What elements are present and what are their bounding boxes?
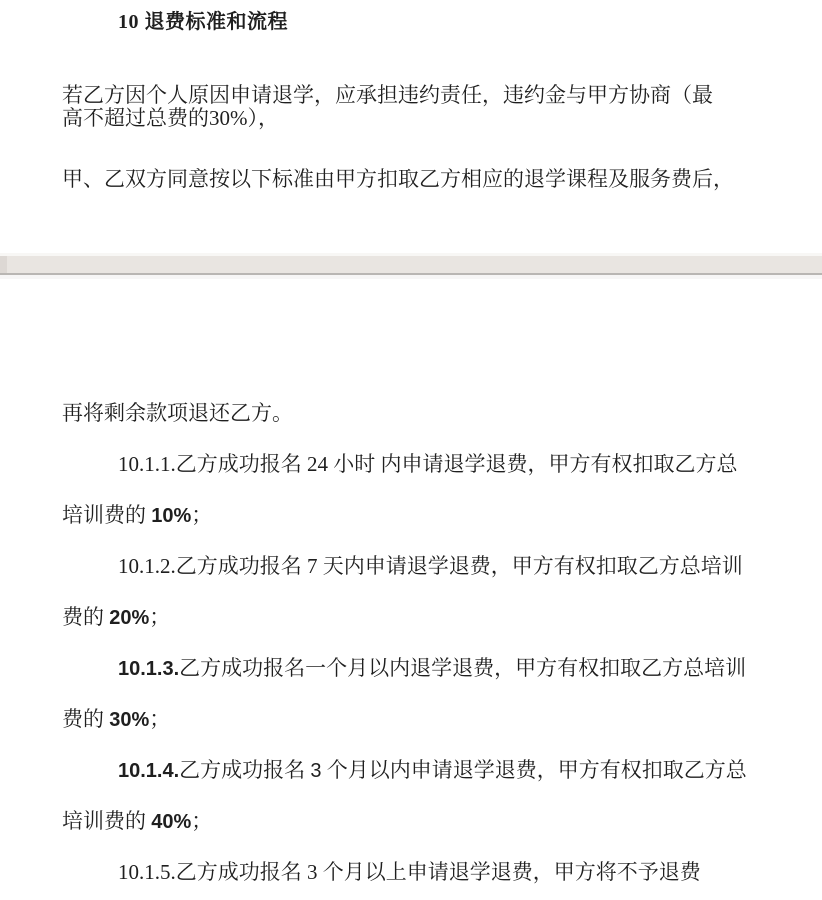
refund-item-line-10.1.2: 10.1.2.乙方成功报名 7 天内申请退学退费，甲方有权扣取乙方总培训	[62, 541, 812, 592]
refund-item-line-10.1.2: 费的 20%；	[62, 592, 812, 643]
text-segment: ；	[149, 707, 170, 731]
percentage-value: 10%	[151, 505, 191, 527]
text-segment: 培训费的	[62, 503, 151, 527]
text-segment: 个月以内申请退学退费，甲方有权扣取乙方总	[322, 758, 747, 782]
refund-item-line-10.1.4: 10.1.4.乙方成功报名 3 个月以内申请退学退费，甲方有权扣取乙方总	[62, 745, 812, 796]
text-segment: 10.1.3.	[118, 658, 179, 680]
document-body: 再将剩余款项退还乙方。 10.1.1.乙方成功报名 24 小时 内申请退学退费，…	[62, 388, 812, 898]
document-page: 10 退费标准和流程 若乙方因个人原因申请退学，应承担违约责任，违约金与甲方协商…	[0, 0, 822, 900]
text-segment: 费的	[62, 605, 109, 629]
refund-item-line-10.1.3: 费的 30%；	[62, 694, 812, 745]
text-segment: ；	[191, 809, 212, 833]
text-segment: 10.1.2.乙方成功报名 7 天内申请退学退费，甲方有权扣取乙方总培训	[118, 554, 743, 578]
paragraph-line: 高不超过总费的30%），	[62, 107, 812, 130]
paragraph-breach-liability: 若乙方因个人原因申请退学，应承担违约责任，违约金与甲方协商（最 高不超过总费的3…	[62, 84, 812, 130]
text-segment: 10.1.1.乙方成功报名 24 小时 内申请退学退费，甲方有权扣取乙方总	[118, 452, 738, 476]
percentage-value: 30%	[109, 709, 149, 731]
refund-item-line-10.1.5: 10.1.5.乙方成功报名 3 个月以上申请退学退费，甲方将不予退费	[62, 847, 812, 898]
text-segment: 10.1.4.	[118, 760, 179, 782]
percentage-value: 40%	[151, 811, 191, 833]
paragraph-refund-remainder: 再将剩余款项退还乙方。	[62, 388, 812, 439]
text-segment: 费的	[62, 707, 109, 731]
percentage-value: 20%	[109, 607, 149, 629]
paragraph-line: 若乙方因个人原因申请退学，应承担违约责任，违约金与甲方协商（最	[62, 84, 812, 107]
section-heading: 10 退费标准和流程	[118, 5, 288, 34]
refund-item-line-10.1.1: 培训费的 10%；	[62, 490, 812, 541]
text-segment: 10.1.5.乙方成功报名 3 个月以上申请退学退费，甲方将不予退费	[118, 860, 701, 884]
text-segment: ；	[149, 605, 170, 629]
refund-item-line-10.1.4: 培训费的 40%；	[62, 796, 812, 847]
text-segment: 3	[310, 760, 321, 782]
text-segment: 乙方成功报名一个月以内退学退费，甲方有权扣取乙方总培训	[179, 656, 746, 680]
refund-item-line-10.1.1: 10.1.1.乙方成功报名 24 小时 内申请退学退费，甲方有权扣取乙方总	[62, 439, 812, 490]
page-break-separator	[0, 253, 822, 275]
paragraph-deduction-agreement: 甲、乙双方同意按以下标准由甲方扣取乙方相应的退学课程及服务费后，	[62, 168, 812, 191]
text-segment: ；	[191, 503, 212, 527]
text-segment: 培训费的	[62, 809, 151, 833]
page-break-left-edge	[0, 256, 7, 273]
refund-item-line-10.1.3: 10.1.3.乙方成功报名一个月以内退学退费，甲方有权扣取乙方总培训	[62, 643, 812, 694]
refund-terms-list: 10.1.1.乙方成功报名 24 小时 内申请退学退费，甲方有权扣取乙方总培训费…	[62, 439, 812, 898]
text-segment: 乙方成功报名	[179, 758, 310, 782]
